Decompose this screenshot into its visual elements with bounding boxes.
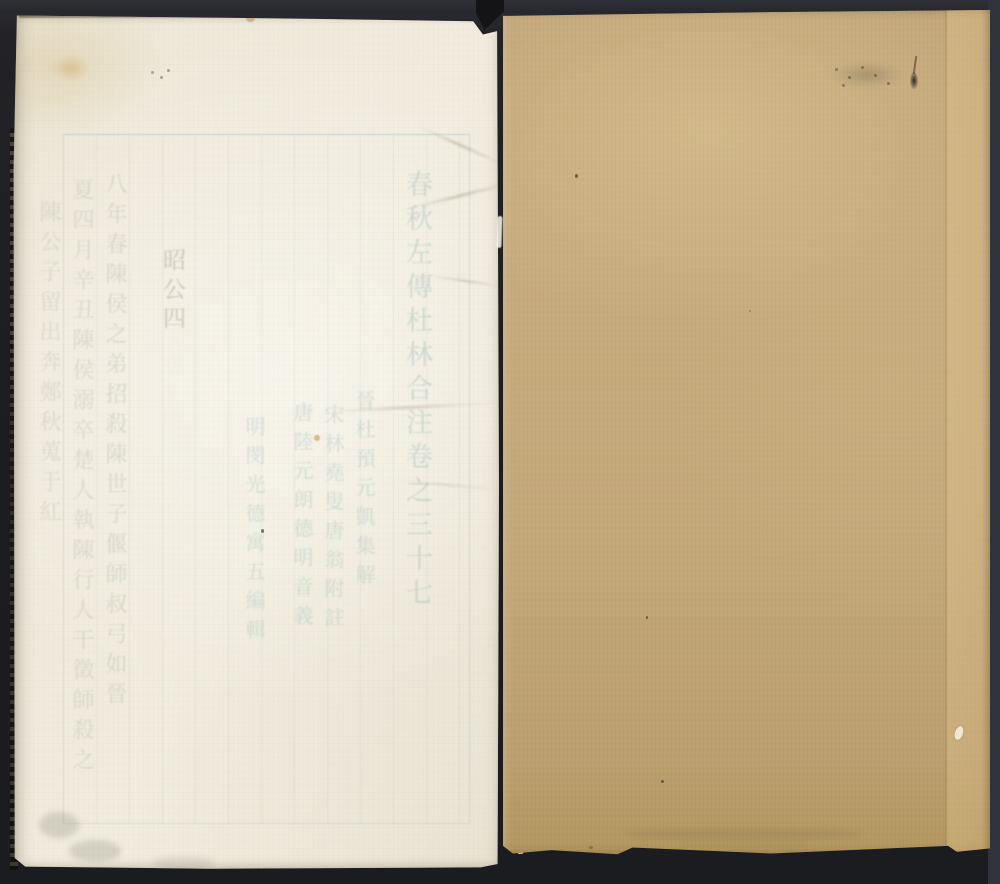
curled-top-edge — [19, 15, 319, 18]
right-page-paper-texture — [503, 10, 990, 856]
speck — [887, 82, 890, 85]
speck — [575, 174, 578, 178]
ghost-print-frame — [63, 134, 470, 824]
smudge-stain — [153, 856, 213, 870]
smudge-stain — [623, 828, 863, 840]
gutter-shadow — [476, 0, 504, 30]
smudge-stain — [39, 812, 79, 838]
speck — [151, 71, 154, 74]
speck — [646, 616, 648, 619]
speck — [589, 846, 593, 849]
speck — [661, 780, 664, 783]
rust-spot — [314, 435, 320, 441]
speck — [842, 84, 845, 87]
smudge-stain — [69, 840, 121, 862]
speck — [749, 310, 751, 312]
speck — [167, 69, 170, 72]
speck — [835, 68, 838, 71]
edge-stain — [246, 15, 255, 22]
speck — [861, 66, 864, 69]
speck — [848, 76, 851, 79]
fore-edge-strip — [945, 10, 990, 856]
ink-mark — [910, 72, 918, 89]
right-page — [503, 10, 990, 856]
left-page: 春秋左傳杜林合注卷之三十七 晉杜預元凱集解 宋林堯叟唐翁附註 唐陸元朗德明音義 … — [13, 14, 500, 870]
speck — [160, 76, 163, 79]
speck-cluster — [821, 58, 913, 92]
ink-speck — [261, 529, 264, 533]
foxing-stain — [51, 54, 91, 82]
page-edge-highlight — [496, 216, 502, 248]
speck — [874, 74, 877, 77]
book-scan: 春秋左傳杜林合注卷之三十七 晉杜預元凱集解 宋林堯叟唐翁附註 唐陸元朗德明音義 … — [0, 0, 1000, 884]
